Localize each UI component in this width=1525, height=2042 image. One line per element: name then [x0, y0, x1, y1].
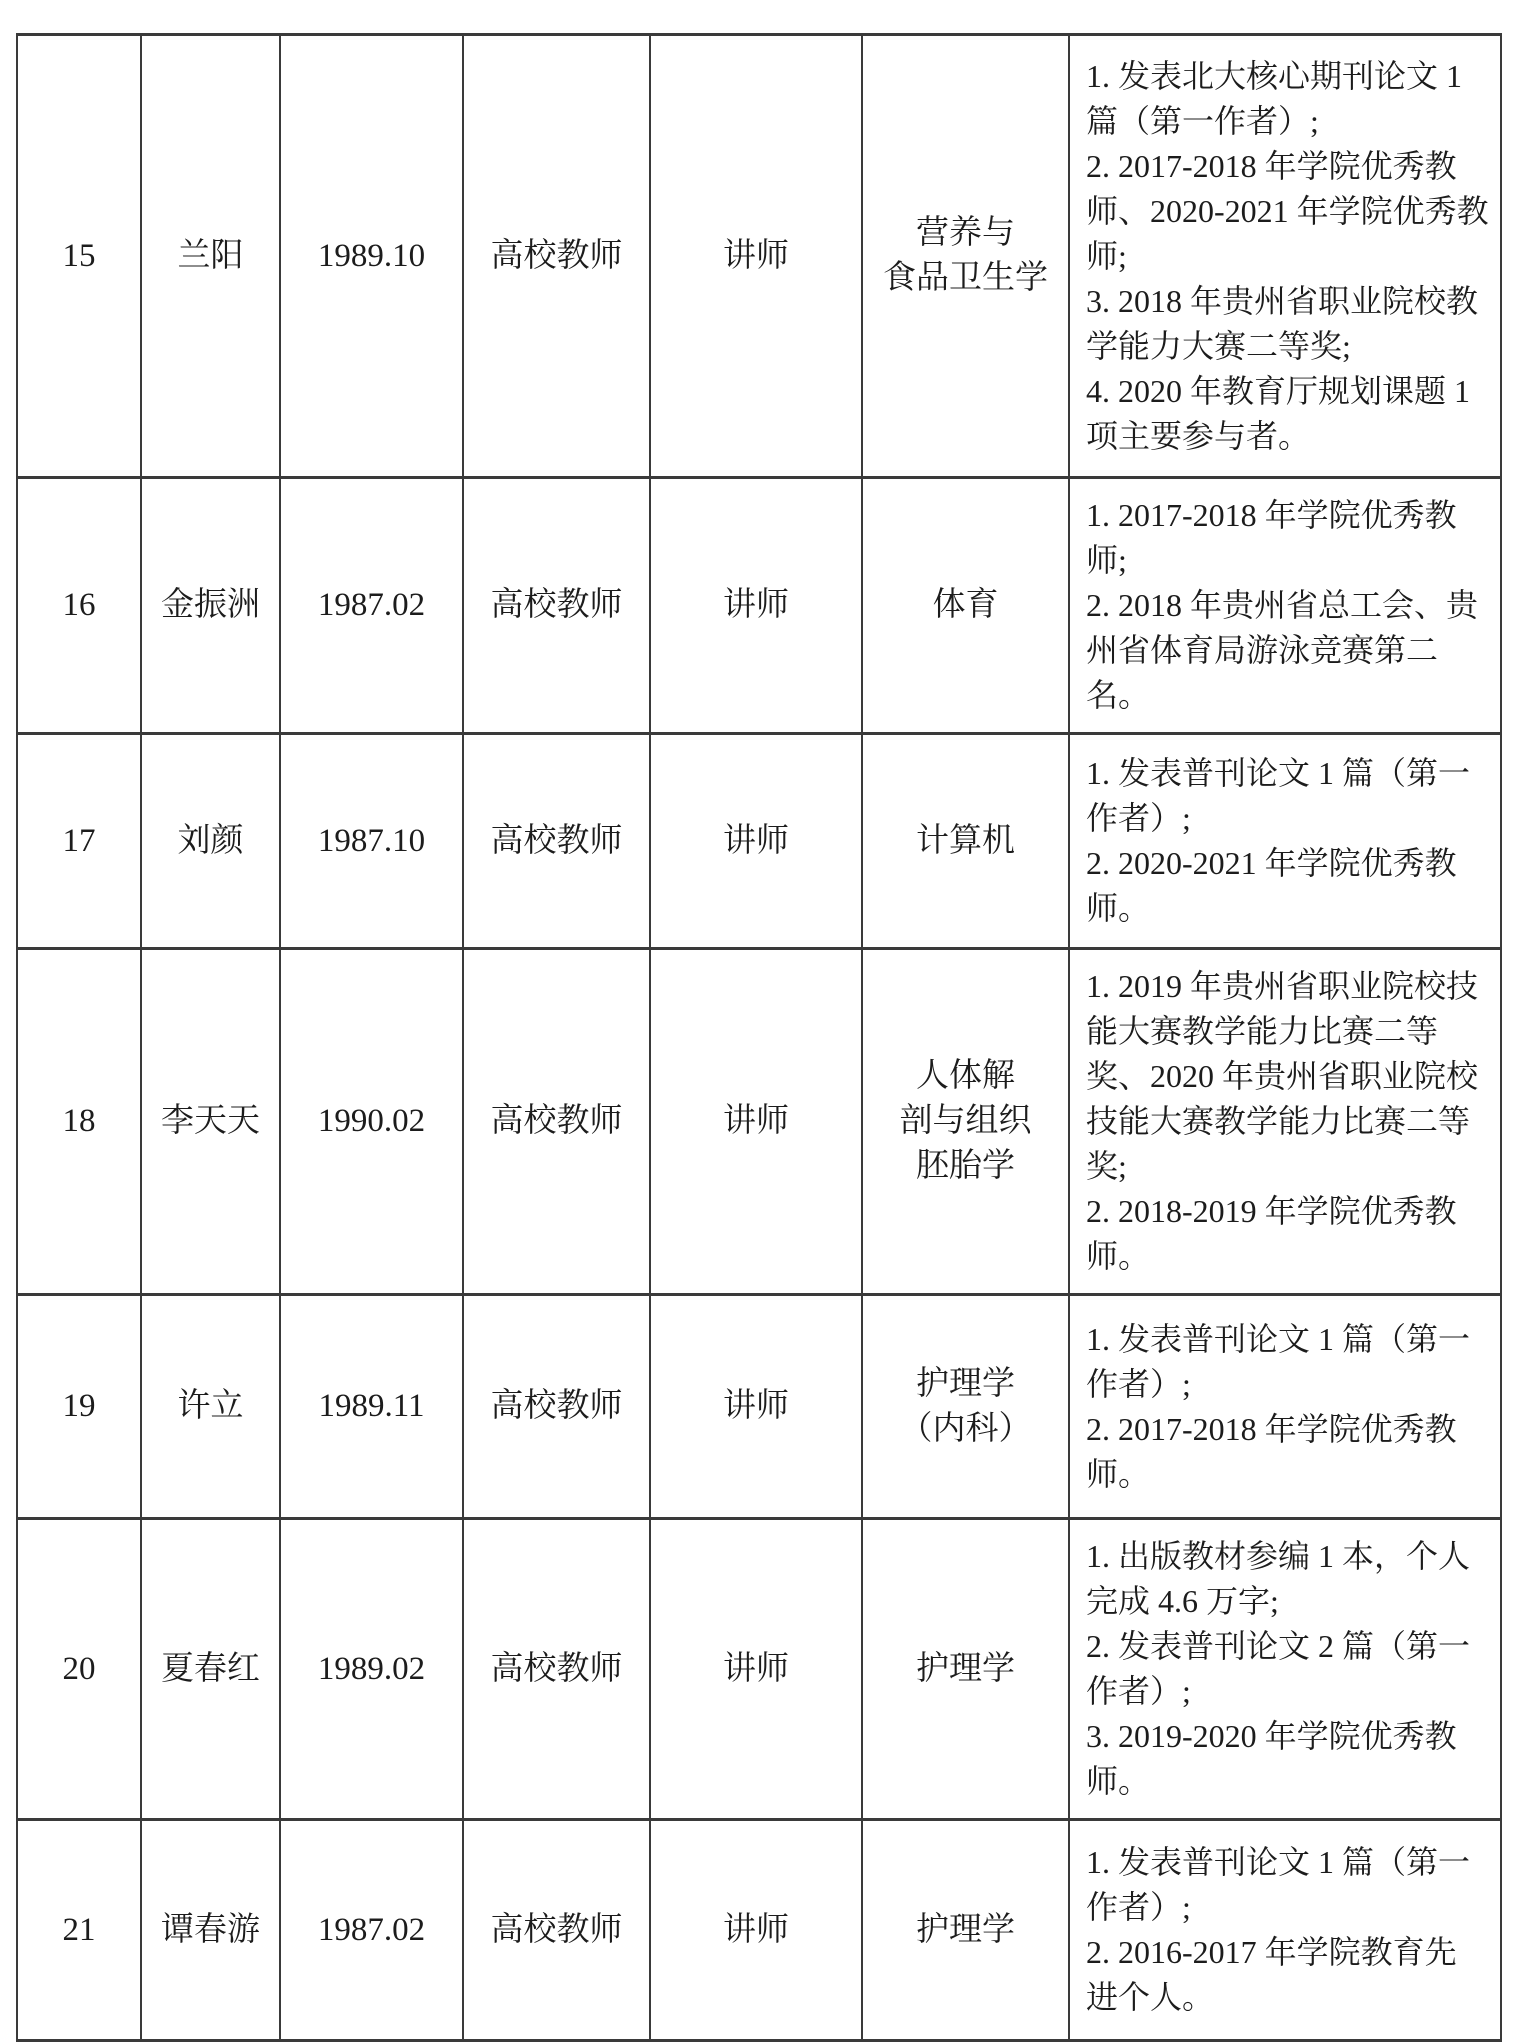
cell-job-type: 高校教师 — [463, 1295, 650, 1519]
cell-birth-date: 1989.10 — [280, 35, 463, 478]
cell-birth-date: 1987.10 — [280, 734, 463, 949]
cell-achievements: 1. 发表普刊论文 1 篇（第一 作者）; 2. 2016-2017 年学院教育… — [1069, 1820, 1501, 2041]
cell-job-type: 高校教师 — [463, 478, 650, 734]
cell-achievements: 1. 发表普刊论文 1 篇（第一 作者）; 2. 2017-2018 年学院优秀… — [1069, 1295, 1501, 1519]
cell-birth-date: 1989.02 — [280, 1519, 463, 1820]
cell-number: 19 — [17, 1295, 141, 1519]
cell-title: 讲师 — [650, 1820, 862, 2041]
cell-number: 20 — [17, 1519, 141, 1820]
cell-subject: 护理学 — [862, 1820, 1069, 2041]
cell-subject: 体育 — [862, 478, 1069, 734]
table-row: 21 谭春游 1987.02 高校教师 讲师 护理学 1. 发表普刊论文 1 篇… — [17, 1820, 1501, 2041]
cell-achievements: 1. 2017-2018 年学院优秀教 师; 2. 2018 年贵州省总工会、贵… — [1069, 478, 1501, 734]
cell-achievements: 1. 发表北大核心期刊论文 1 篇（第一作者）; 2. 2017-2018 年学… — [1069, 35, 1501, 478]
cell-achievements: 1. 2019 年贵州省职业院校技 能大赛教学能力比赛二等 奖、2020 年贵州… — [1069, 949, 1501, 1295]
cell-job-type: 高校教师 — [463, 734, 650, 949]
cell-title: 讲师 — [650, 1295, 862, 1519]
cell-achievements: 1. 发表普刊论文 1 篇（第一 作者）; 2. 2020-2021 年学院优秀… — [1069, 734, 1501, 949]
cell-name: 许立 — [141, 1295, 280, 1519]
cell-title: 讲师 — [650, 949, 862, 1295]
cell-number: 17 — [17, 734, 141, 949]
table-row: 16 金振洲 1987.02 高校教师 讲师 体育 1. 2017-2018 年… — [17, 478, 1501, 734]
table-row: 20 夏春红 1989.02 高校教师 讲师 护理学 1. 出版教材参编 1 本… — [17, 1519, 1501, 1820]
cell-name: 李天天 — [141, 949, 280, 1295]
cell-subject: 计算机 — [862, 734, 1069, 949]
cell-name: 夏春红 — [141, 1519, 280, 1820]
table-row: 18 李天天 1990.02 高校教师 讲师 人体解 剖与组织 胚胎学 1. 2… — [17, 949, 1501, 1295]
cell-name: 兰阳 — [141, 35, 280, 478]
cell-title: 讲师 — [650, 478, 862, 734]
cell-name: 金振洲 — [141, 478, 280, 734]
cell-subject: 营养与 食品卫生学 — [862, 35, 1069, 478]
cell-job-type: 高校教师 — [463, 35, 650, 478]
cell-title: 讲师 — [650, 35, 862, 478]
table-row: 15 兰阳 1989.10 高校教师 讲师 营养与 食品卫生学 1. 发表北大核… — [17, 35, 1501, 478]
cell-title: 讲师 — [650, 1519, 862, 1820]
cell-job-type: 高校教师 — [463, 1820, 650, 2041]
cell-birth-date: 1989.11 — [280, 1295, 463, 1519]
cell-birth-date: 1990.02 — [280, 949, 463, 1295]
cell-number: 15 — [17, 35, 141, 478]
cell-number: 18 — [17, 949, 141, 1295]
cell-number: 16 — [17, 478, 141, 734]
cell-name: 刘颜 — [141, 734, 280, 949]
cell-birth-date: 1987.02 — [280, 478, 463, 734]
cell-achievements: 1. 出版教材参编 1 本，个人 完成 4.6 万字; 2. 发表普刊论文 2 … — [1069, 1519, 1501, 1820]
table-row: 17 刘颜 1987.10 高校教师 讲师 计算机 1. 发表普刊论文 1 篇（… — [17, 734, 1501, 949]
cell-job-type: 高校教师 — [463, 949, 650, 1295]
cell-number: 21 — [17, 1820, 141, 2041]
cell-name: 谭春游 — [141, 1820, 280, 2041]
cell-birth-date: 1987.02 — [280, 1820, 463, 2041]
table-row: 19 许立 1989.11 高校教师 讲师 护理学 （内科） 1. 发表普刊论文… — [17, 1295, 1501, 1519]
cell-job-type: 高校教师 — [463, 1519, 650, 1820]
cell-subject: 人体解 剖与组织 胚胎学 — [862, 949, 1069, 1295]
cell-subject: 护理学 — [862, 1519, 1069, 1820]
teacher-roster-table: 15 兰阳 1989.10 高校教师 讲师 营养与 食品卫生学 1. 发表北大核… — [16, 33, 1502, 2042]
cell-title: 讲师 — [650, 734, 862, 949]
cell-subject: 护理学 （内科） — [862, 1295, 1069, 1519]
